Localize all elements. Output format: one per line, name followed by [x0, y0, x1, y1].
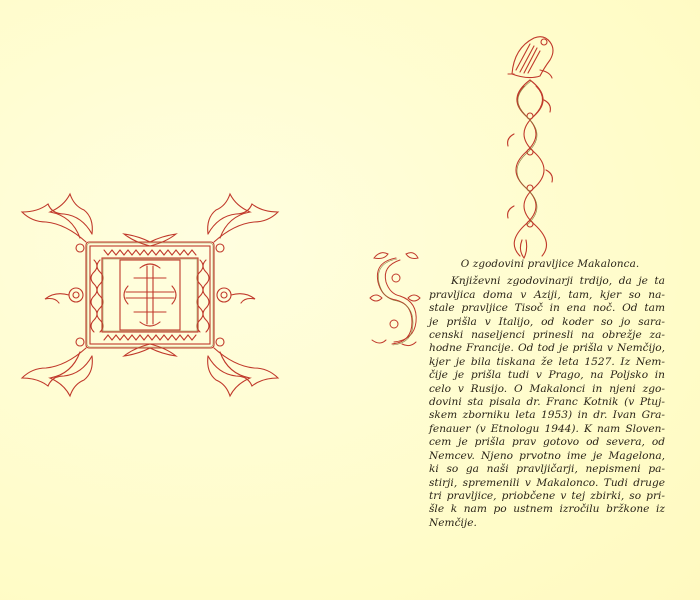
article-title: O zgodovini pravljice Makalonca.: [435, 258, 665, 271]
text-line: celo v Rusijo. O Makalonci in njeni zgo-: [429, 383, 665, 396]
text-line: dovini sta pisala dr. Franc Kotnik (v Pt…: [429, 396, 665, 409]
text-line: tri pravljice, priobčene v tej zbirki, s…: [429, 490, 665, 503]
article-paragraph: Književni zgodovinarji trdijo, da je ta …: [429, 275, 665, 530]
text-line: stirji, spremenili v Makalonco. Tudi dru…: [429, 477, 665, 490]
text-line: cem je prišla prav gotovo od severa, od: [429, 436, 665, 449]
book-spread: O zgodovini pravljice Makalonca. Književ…: [0, 0, 700, 600]
text-line: Nemčije.: [429, 517, 665, 530]
text-line: stale pravljice Tisoč in ena noč. Od tam: [429, 302, 665, 315]
text-line: ki so ga naši pravljičarji, nepismeni pa…: [429, 463, 665, 476]
text-line: kjer je bila tiskana že leta 1527. Iz Ne…: [429, 356, 665, 369]
text-line: hodne Francije. Od tod je prišla v Nemči…: [429, 342, 665, 355]
text-line: censki naseljenci prinesli na obrežje za…: [429, 329, 665, 342]
decorated-initial-ornament: [366, 248, 422, 352]
square-interlace-ornament: [20, 190, 280, 420]
article-text: O zgodovini pravljice Makalonca. Književ…: [429, 258, 665, 530]
text-line: je prišla v Italijo, od koder so jo sara…: [429, 316, 665, 329]
text-line: pravljica doma v Aziji, tam, kjer so na-: [429, 289, 665, 302]
text-line: Nemcev. Njeno prvotno ime je Magelona,: [429, 450, 665, 463]
text-line: šle k nam po ustnem izročilu bržkone iz: [429, 503, 665, 516]
text-line: čije je prišla tudi v Prago, na Poljsko …: [429, 369, 665, 382]
text-line: fenauer (v Etnologu 1944). K nam Sloven-: [429, 423, 665, 436]
bird-interlace-column-ornament: [500, 30, 570, 260]
text-line: skem zborniku leta 1953) in dr. Ivan Gra…: [429, 409, 665, 422]
text-line: Književni zgodovinarji trdijo, da je ta: [429, 275, 665, 288]
